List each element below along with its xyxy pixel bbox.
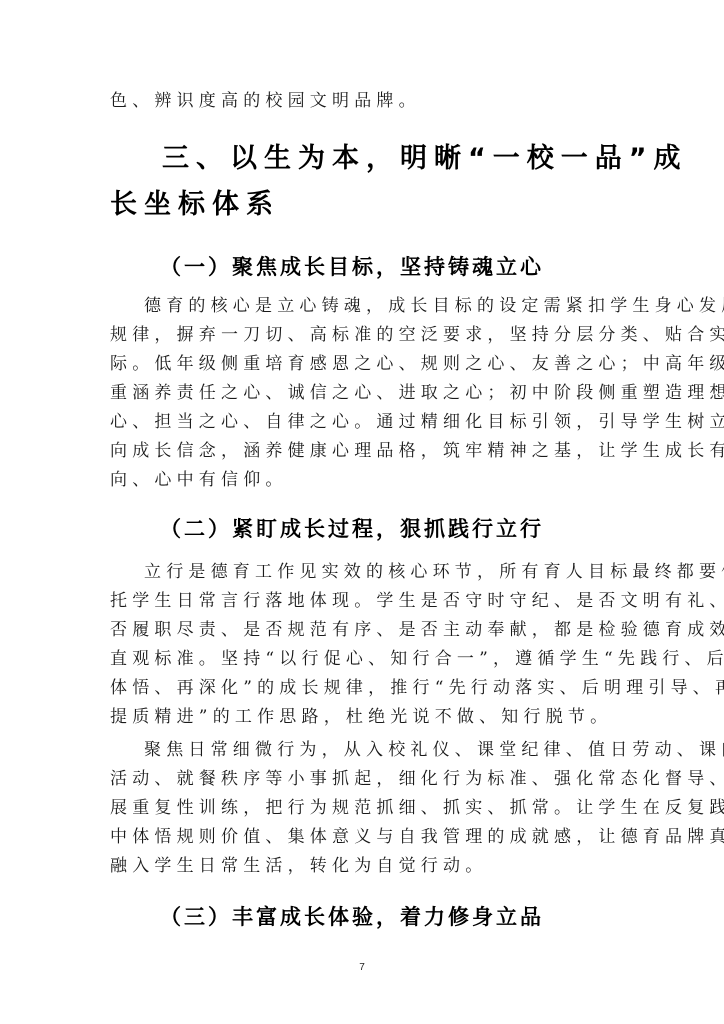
page-number: 7: [0, 962, 724, 973]
paragraph-line: 中体悟规则价值、集体意义与自我管理的成就感，让德育品牌真正: [110, 826, 724, 848]
paragraph-line: 体悟、再深化”的成长规律，推行“先行动落实、后明理引导、再: [110, 677, 724, 699]
paragraph-line: 立行是德育工作见实效的核心环节，所有育人目标最终都要依: [144, 561, 724, 583]
paragraph-line: 德育的核心是立心铸魂，成长目标的设定需紧扣学生身心发展: [144, 295, 724, 317]
paragraph-line: 提质精进”的工作思路，杜绝光说不做、知行脱节。: [110, 706, 612, 728]
subsection-title-2: （二）紧盯成长过程，狠抓践行立行: [160, 515, 544, 543]
section-title-line-2: 长坐标体系: [110, 188, 280, 222]
paragraph-line: 聚焦日常细微行为，从入校礼仪、课堂纪律、值日劳动、课间: [144, 739, 724, 761]
paragraph-line: 际。低年级侧重培育感恩之心、规则之心、友善之心；中高年级侧: [110, 353, 724, 375]
paragraph-line: 重涵养责任之心、诚信之心、进取之心；初中阶段侧重塑造理想之: [110, 382, 724, 404]
paragraph-line: 向、心中有信仰。: [110, 469, 288, 491]
paragraph-line: 否履职尽责、是否规范有序、是否主动奉献，都是检验德育成效的: [110, 619, 724, 641]
paragraph-line: 活动、就餐秩序等小事抓起，细化行为标准、强化常态化督导、开: [110, 768, 724, 790]
paragraph-line: 向成长信念，涵养健康心理品格，筑牢精神之基，让学生成长有方: [110, 440, 724, 462]
continuation-text: 色、辨识度高的校园文明品牌。: [110, 90, 421, 112]
paragraph-line: 融入学生日常生活，转化为自觉行动。: [110, 855, 487, 877]
subsection-title-3: （三）丰富成长体验，着力修身立品: [160, 903, 544, 931]
subsection-title-1: （一）聚焦成长目标，坚持铸魂立心: [160, 253, 544, 281]
paragraph-line: 直观标准。坚持“以行促心、知行合一”，遵循学生“先践行、后: [110, 648, 724, 670]
document-page: 色、辨识度高的校园文明品牌。 三、以生为本，明晰“一校一品”成 长坐标体系 （一…: [0, 0, 724, 1024]
section-title-line-1: 三、以生为本，明晰“一校一品”成: [162, 142, 688, 176]
paragraph-line: 托学生日常言行落地体现。学生是否守时守纪、是否文明有礼、是: [110, 590, 724, 612]
paragraph-line: 展重复性训练，把行为规范抓细、抓实、抓常。让学生在反复践行: [110, 797, 724, 819]
paragraph-line: 心、担当之心、自律之心。通过精细化目标引领，引导学生树立正: [110, 411, 724, 433]
paragraph-line: 规律，摒弃一刀切、高标准的空泛要求，坚持分层分类、贴合实: [110, 324, 724, 346]
